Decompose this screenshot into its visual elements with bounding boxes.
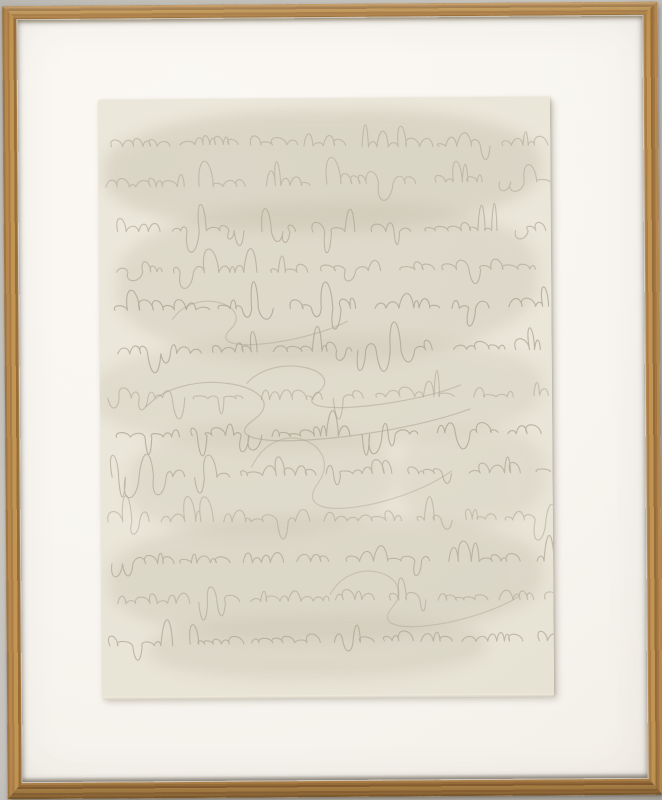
scribble-line [330, 570, 518, 627]
mat-board [16, 15, 648, 783]
scribble-line [108, 493, 554, 543]
scribble-line [110, 451, 554, 498]
scribble-line [111, 123, 554, 162]
scribble-drawing [98, 96, 554, 697]
scribble-line [108, 617, 554, 660]
scribble-line [106, 156, 554, 203]
scribble-line [117, 577, 554, 621]
picture-frame [2, 2, 662, 800]
scribble-line [116, 409, 550, 457]
scribble-line [114, 280, 554, 331]
artwork-paper [98, 96, 554, 697]
scribble-line [111, 535, 554, 577]
scribble-line [247, 365, 461, 408]
scribble-line [117, 202, 554, 254]
gallery-wall [0, 0, 662, 800]
scribble-line [116, 246, 552, 288]
scribble-line [146, 381, 470, 442]
scribble-line [108, 369, 554, 420]
